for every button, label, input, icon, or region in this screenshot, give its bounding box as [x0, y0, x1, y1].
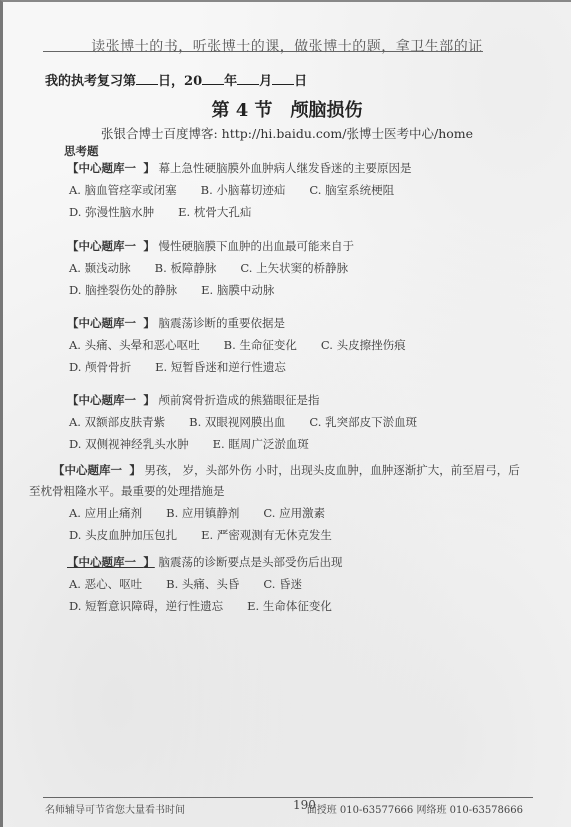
option-a: A. 应用止痛剂 — [69, 502, 142, 524]
option-c: C. 脑室系统梗阻 — [309, 179, 394, 201]
option-a: A. 头痛、头晕和恶心呕吐 — [69, 334, 200, 356]
option-c: C. 昏迷 — [263, 573, 302, 595]
day-suffix: 日， — [158, 74, 184, 89]
blog-link: 张银合博士百度博客: http://hi.baidu.com/张博士医考中心/h… — [3, 124, 571, 142]
question-tag: 【中心题库一 】 — [67, 316, 155, 330]
question-5: 【中心题库一 】 男孩， 岁，头部外伤 小时，出现头皮血肿，血肿逐渐扩大，前至眉… — [29, 460, 549, 546]
option-d: D. 头皮血肿加压包扎 — [69, 524, 177, 546]
option-e: E. 生命体征变化 — [247, 595, 332, 617]
document-page: 读张博士的书，听张博士的课，做张博士的题，拿卫生部的证 我的执考复习第日，20年… — [0, 0, 571, 827]
option-b: B. 板障静脉 — [155, 257, 217, 279]
option-d: D. 弥漫性脑水肿 — [69, 201, 154, 223]
option-b: B. 应用镇静剂 — [166, 502, 239, 524]
option-e: E. 脑膜中动脉 — [201, 279, 274, 301]
option-b: B. 小脑幕切迹疝 — [201, 179, 286, 201]
month-blank — [237, 72, 259, 85]
footer-contact: 面授班 010-63577666 网络班 010-63578666 — [307, 801, 523, 816]
option-d: D. 颅骨骨折 — [69, 356, 131, 378]
question-tag: 【中心题库一 】 — [67, 239, 155, 253]
date-suffix: 日 — [294, 74, 307, 89]
question-4: 【中心题库一 】 颅前窝骨折造成的熊猫眼征是指 A. 双额部皮肤青紫B. 双眼视… — [43, 389, 543, 455]
option-e: E. 眶周广泛淤血斑 — [213, 433, 309, 455]
option-a: A. 脑血管痉挛或闭塞 — [69, 179, 177, 201]
header-slogan: 读张博士的书，听张博士的课，做张博士的题，拿卫生部的证 — [3, 36, 571, 56]
question-3: 【中心题库一 】 脑震荡诊断的重要依据是 A. 头痛、头晕和恶心呕吐B. 生命征… — [43, 312, 543, 378]
section-number: 第 4 节 — [211, 100, 272, 121]
option-a: A. 恶心、呕吐 — [69, 573, 142, 595]
question-tag: 【中心题库一 】 — [67, 393, 155, 407]
question-2: 【中心题库一 】 慢性硬脑膜下血肿的出血最可能来自于 A. 颞浅动脉B. 板障静… — [43, 235, 543, 301]
review-prefix: 我的执考复习第 — [45, 74, 136, 89]
question-stem: 幕上急性硬脑膜外血肿病人继发昏迷的主要原因是 — [158, 161, 411, 175]
footer-divider — [43, 797, 533, 798]
section-title: 第 4 节颅脑损伤 — [3, 96, 571, 122]
month-suffix: 月 — [259, 74, 272, 89]
question-6: 【中心题库一 】 脑震荡的诊断要点是头部受伤后出现 A. 恶心、呕吐B. 头痛、… — [43, 551, 543, 617]
date-blank — [272, 72, 294, 85]
question-tag: 【中心题库一 】 — [67, 555, 155, 569]
option-d: D. 脑挫裂伤处的静脉 — [69, 279, 177, 301]
question-1: 【中心题库一 】 幕上急性硬脑膜外血肿病人继发昏迷的主要原因是 A. 脑血管痉挛… — [43, 157, 543, 223]
question-stem: 慢性硬脑膜下血肿的出血最可能来自于 — [158, 239, 354, 253]
question-tag: 【中心题库一 】 — [67, 161, 155, 175]
section-name: 颅脑损伤 — [291, 100, 363, 121]
option-d: D. 双侧视神经乳头水肿 — [69, 433, 189, 455]
year-prefix: 20 — [184, 74, 202, 89]
option-e: E. 严密观测有无休克发生 — [201, 524, 332, 546]
option-b: B. 双眼视网膜出血 — [189, 411, 285, 433]
option-c: C. 应用激素 — [263, 502, 325, 524]
option-b: B. 头痛、头昏 — [166, 573, 239, 595]
day-blank — [136, 72, 158, 85]
question-stem-line-1: 男孩， 岁，头部外伤 小时，出现头皮血肿，血肿逐渐扩大，前至眉弓，后 — [144, 463, 519, 477]
option-a: A. 双额部皮肤青紫 — [69, 411, 165, 433]
option-e: E. 短暂昏迷和逆行性遗忘 — [155, 356, 286, 378]
year-blank — [202, 72, 224, 85]
option-c: C. 上矢状窦的桥静脉 — [240, 257, 348, 279]
question-stem: 脑震荡诊断的重要依据是 — [158, 316, 285, 330]
option-c: C. 头皮擦挫伤痕 — [321, 334, 406, 356]
footer-tagline: 名师辅导可节省您大量看书时间 — [45, 801, 185, 816]
header-divider — [43, 51, 483, 52]
option-d: D. 短暂意识障碍，逆行性遗忘 — [69, 595, 223, 617]
option-c: C. 乳突部皮下淤血斑 — [309, 411, 417, 433]
option-e: E. 枕骨大孔疝 — [178, 201, 251, 223]
review-date-line: 我的执考复习第日，20年月日 — [45, 70, 307, 89]
option-b: B. 生命征变化 — [224, 334, 297, 356]
option-a: A. 颞浅动脉 — [69, 257, 131, 279]
year-suffix: 年 — [224, 74, 237, 89]
question-stem: 颅前窝骨折造成的熊猫眼征是指 — [158, 393, 319, 407]
question-stem: 脑震荡的诊断要点是头部受伤后出现 — [158, 555, 342, 569]
question-stem-line-2: 至枕骨粗隆水平。最重要的处理措施是 — [29, 481, 549, 502]
question-tag: 【中心题库一 】 — [53, 463, 141, 477]
